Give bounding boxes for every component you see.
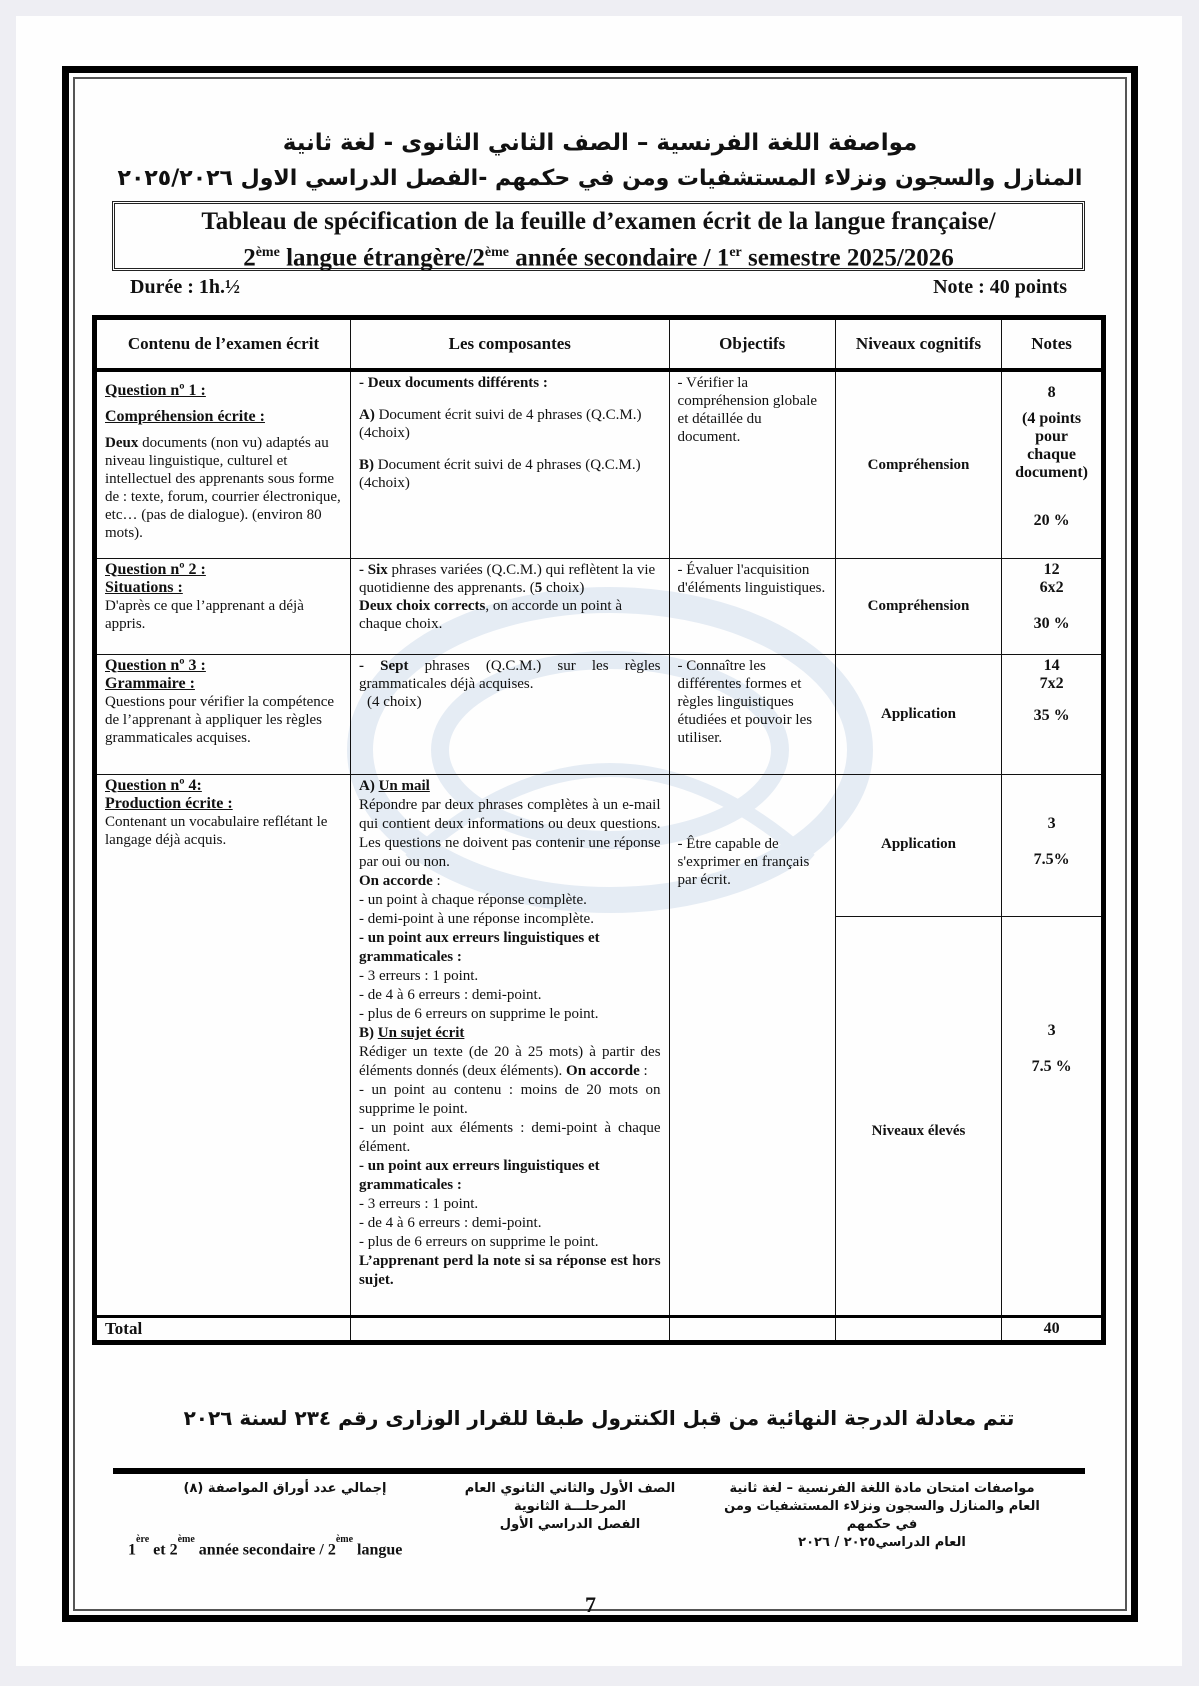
exam-duration: Durée : 1h.½	[130, 276, 240, 299]
table-header-row: Contenu de l’examen écrit Les composante…	[95, 318, 1104, 371]
french-title-box: Tableau de spécification de la feuille d…	[112, 201, 1085, 271]
footer-divider	[113, 1468, 1085, 1474]
arabic-title-line1: مواصفة اللغة الفرنسية – الصف الثاني الثا…	[100, 130, 1100, 156]
french-title-line1: Tableau de spécification de la feuille d…	[115, 206, 1082, 237]
q4-niveau-b: Niveaux élevés	[835, 916, 1001, 1316]
footer-left: إجمالي عدد أوراق المواصفة (٨)	[170, 1480, 400, 1498]
col-header-notes: Notes	[1002, 318, 1104, 371]
q2-objectif: - Évaluer l'acquisition d'éléments lingu…	[669, 558, 835, 654]
col-header-composantes: Les composantes	[351, 318, 670, 371]
q1-niveau: Compréhension	[835, 370, 1001, 558]
total-label: Total	[95, 1316, 351, 1342]
table-row-q3: Question nº 3 : Grammaire : Questions po…	[95, 654, 1104, 774]
table-row-total: Total 40	[95, 1316, 1104, 1342]
q2-niveau: Compréhension	[835, 558, 1001, 654]
col-header-contenu: Contenu de l’examen écrit	[95, 318, 351, 371]
q4-composantes: A) Un mail Répondre par deux phrases com…	[351, 774, 670, 1316]
footer-middle: الصف الأول والثاني الثانوي العام المرحلـ…	[460, 1480, 680, 1534]
french-title-line2: 2ème langue étrangère/2ème année seconda…	[115, 237, 1082, 273]
col-header-niveaux: Niveaux cognitifs	[835, 318, 1001, 371]
footer-french-line: 1ère et 2ème année secondaire / 2ème lan…	[128, 1540, 402, 1559]
page-number: 7	[585, 1592, 596, 1618]
q4-notes-b: 3 7.5 %	[1002, 916, 1104, 1316]
q4-contenu: Question nº 4: Production écrite : Conte…	[95, 774, 351, 1316]
exam-total-note: Note : 40 points	[933, 276, 1067, 299]
q1-objectif: - Vérifier la compréhension globale et d…	[669, 370, 835, 558]
q2-notes: 12 6x2 30 %	[1002, 558, 1104, 654]
decree-note: تتم معادلة الدرجة النهائية من قبل الكنتر…	[92, 1406, 1106, 1430]
q4-notes-a: 3 7.5%	[1002, 774, 1104, 916]
q1-composantes: - Deux documents différents : A) Documen…	[351, 370, 670, 558]
q4-objectif: - Être capable de s'exprimer en français…	[669, 774, 835, 1316]
table-row-q2: Question nº 2 : Situations : D'après ce …	[95, 558, 1104, 654]
table-row-q4: Question nº 4: Production écrite : Conte…	[95, 774, 1104, 916]
q1-contenu: Question nº 1 : Compréhension écrite : D…	[95, 370, 351, 558]
specification-table: Contenu de l’examen écrit Les composante…	[92, 315, 1106, 1345]
arabic-title-line2: المنازل والسجون ونزلاء المستشفيات ومن في…	[100, 166, 1100, 191]
q2-contenu: Question nº 2 : Situations : D'après ce …	[95, 558, 351, 654]
q3-objectif: - Connaître les différentes formes et rè…	[669, 654, 835, 774]
q3-niveau: Application	[835, 654, 1001, 774]
q3-composantes: - Sept phrases (Q.C.M.) sur les règles g…	[351, 654, 670, 774]
table-row-q1: Question nº 1 : Compréhension écrite : D…	[95, 370, 1104, 558]
footer-right: مواصفات امتحان مادة اللغة الفرنسية – لغة…	[722, 1480, 1042, 1552]
total-value: 40	[1002, 1316, 1104, 1342]
q1-notes: 8 (4 points pour chaque document) 20 %	[1002, 370, 1104, 558]
q4-niveau-a: Application	[835, 774, 1001, 916]
q3-notes: 14 7x2 35 %	[1002, 654, 1104, 774]
col-header-objectifs: Objectifs	[669, 318, 835, 371]
q3-contenu: Question nº 3 : Grammaire : Questions po…	[95, 654, 351, 774]
q2-composantes: - Six phrases variées (Q.C.M.) qui reflè…	[351, 558, 670, 654]
